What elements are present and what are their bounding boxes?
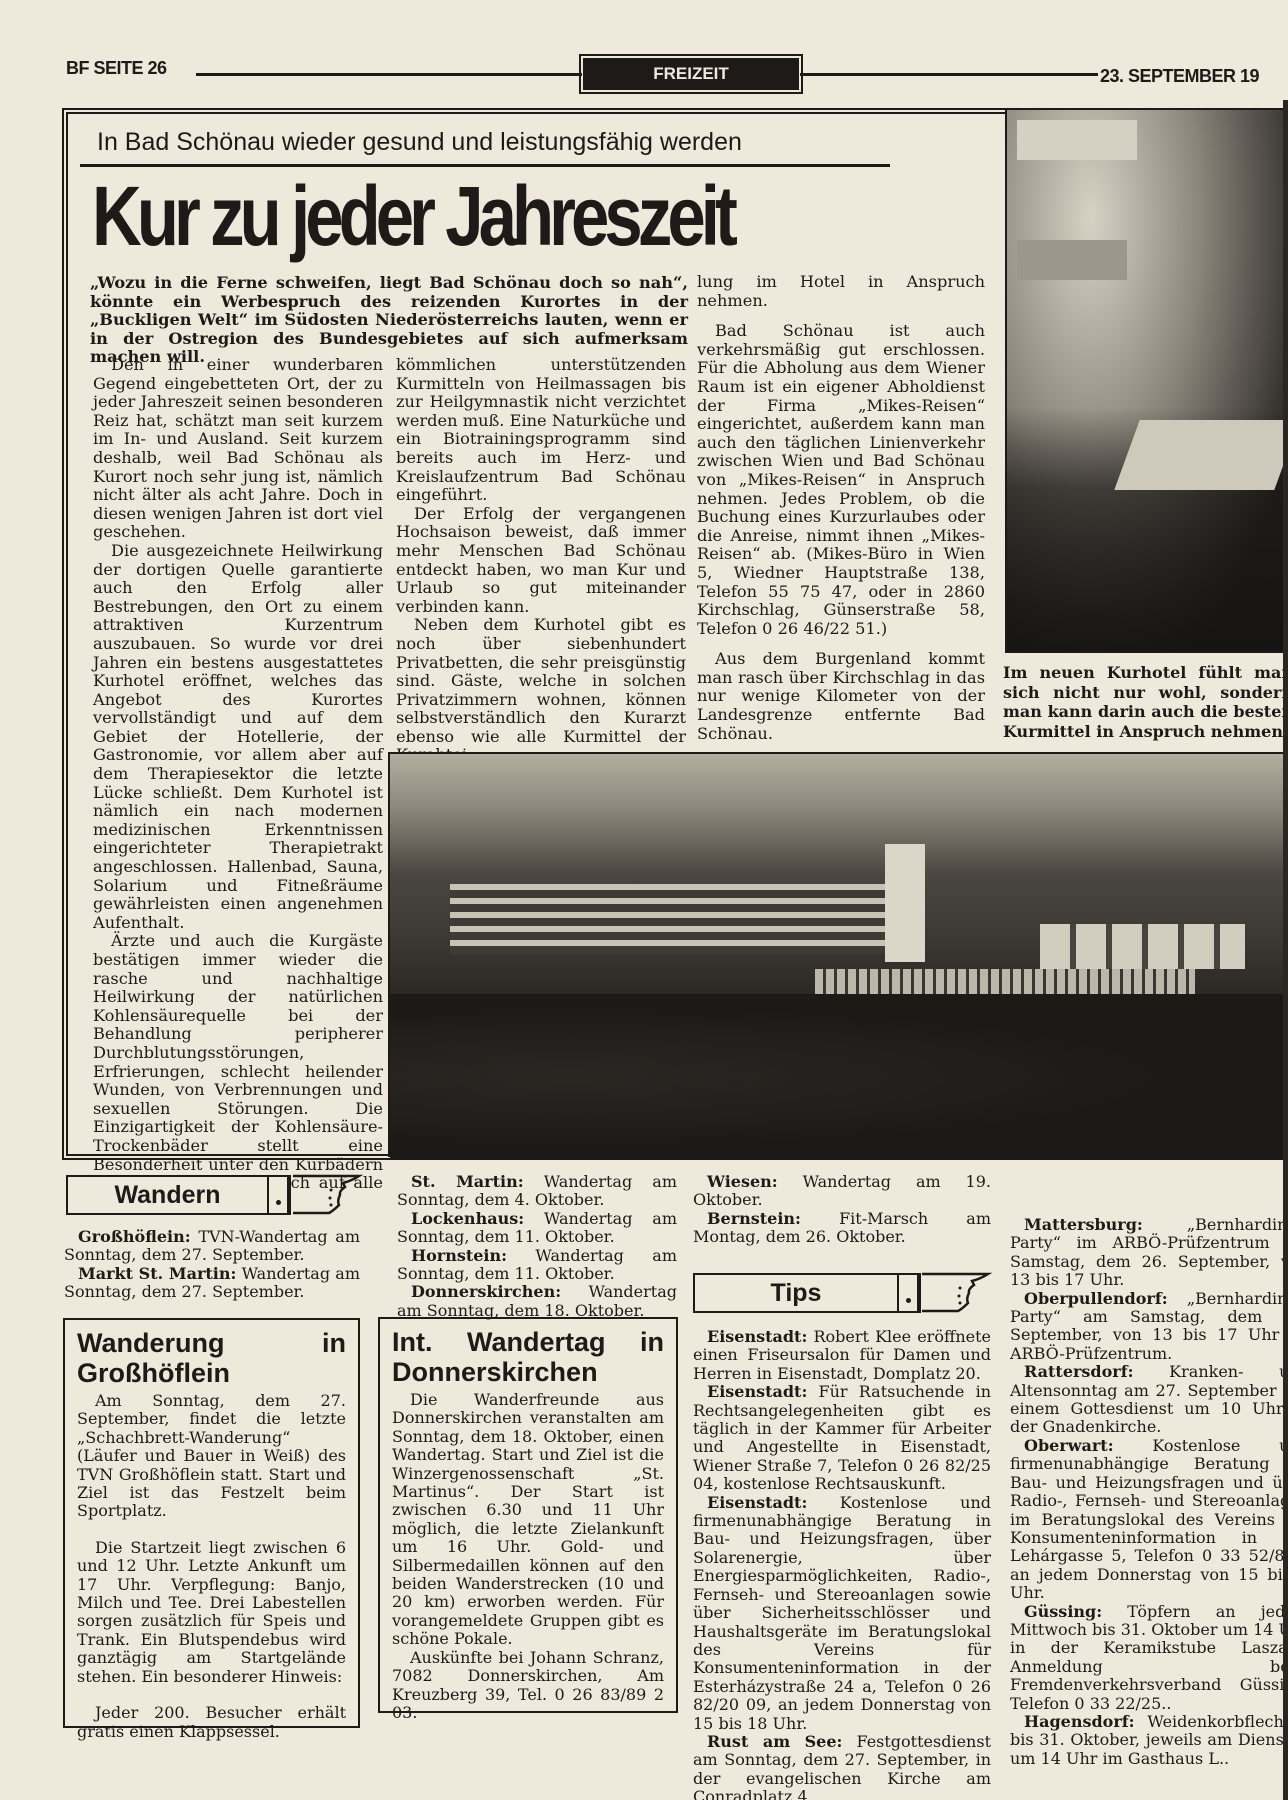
- wandern-list-3: Wiesen: Wandertag am 19. Oktober. Bernst…: [693, 1173, 991, 1247]
- paragraph: Den in einer wunderbaren Gegend eingebet…: [93, 356, 383, 542]
- paragraph: Bad Schönau ist auch verkehrsmäßig gut e…: [697, 322, 985, 638]
- pointing-hand-icon: [922, 1271, 992, 1315]
- list-item: Rattersdorf: Kranken- und Altensonntag a…: [1010, 1363, 1288, 1437]
- page-number: BF SEITE 26: [66, 58, 167, 79]
- page-edge-shadow: [1283, 100, 1288, 1800]
- grosshoeflein-box: Wanderung in Großhöflein Am Sonntag, dem…: [63, 1318, 360, 1728]
- article-column-3: lung im Hotel in Anspruch nehmen. Bad Sc…: [697, 273, 985, 743]
- list-item: Oberpullendorf: „Bernhardiner-Party“ am …: [1010, 1290, 1288, 1364]
- list-item: Lockenhaus: Wandertag am Sonntag, dem 11…: [397, 1210, 677, 1247]
- list-item: St. Martin: Wandertag am Sonntag, dem 4.…: [397, 1173, 677, 1210]
- paragraph: lung im Hotel in Anspruch nehmen.: [697, 273, 985, 310]
- photo-detail: [390, 994, 1286, 1159]
- list-item: Markt St. Martin: Wandertag am Sonntag, …: [64, 1265, 360, 1302]
- list-item: Mattersburg: „Bernhardiner-Party“ im ARB…: [1010, 1216, 1288, 1290]
- paragraph: Der Erfolg der vergangenen Hochsaison be…: [396, 505, 686, 617]
- list-item: Donnerskirchen: Wandertag am Sonntag, de…: [397, 1283, 677, 1320]
- tips-heading: Tips: [693, 1273, 921, 1313]
- paragraph: Ärzte und auch die Kurgäste bestätigen i…: [93, 932, 383, 1211]
- photo-caption: Im neuen Kurhotel fühlt man sich nicht n…: [1003, 663, 1288, 741]
- bullet-icon: [897, 1275, 919, 1311]
- list-item: Oberwart: Kostenlose und firmenunabhängi…: [1010, 1437, 1288, 1603]
- paragraph: Aus dem Burgenland kommt man rasch über …: [697, 650, 985, 743]
- article-column-1: Den in einer wunderbaren Gegend eingebet…: [93, 356, 383, 1211]
- paragraph: kömmlichen unterstützenden Kurmitteln vo…: [396, 356, 686, 505]
- list-item: Hornstein: Wandertag am Sonntag, dem 11.…: [397, 1247, 677, 1284]
- paragraph: Die Startzeit liegt zwischen 6 und 12 Uh…: [77, 1539, 346, 1686]
- header-rule: [196, 73, 582, 76]
- list-item: Wiesen: Wandertag am 19. Oktober.: [693, 1173, 991, 1210]
- wandern-heading: Wandern: [66, 1175, 291, 1215]
- photo-detail: [1017, 120, 1137, 160]
- tips-list-1: Eisenstadt: Robert Klee eröffnete einen …: [693, 1328, 991, 1800]
- article-kicker: In Bad Schönau wieder gesund und leistun…: [97, 128, 742, 157]
- paragraph: Am Sonntag, dem 27. September, findet di…: [77, 1392, 346, 1521]
- tips-list-2: Mattersburg: „Bernhardiner-Party“ im ARB…: [1010, 1216, 1288, 1768]
- list-item: Rust am See: Festgottesdienst am Sonntag…: [693, 1733, 991, 1800]
- wandern-list-2: St. Martin: Wandertag am Sonntag, dem 4.…: [397, 1173, 677, 1320]
- paragraph: Jeder 200. Besucher erhält gratis einen …: [77, 1704, 346, 1741]
- kurhotel-photo: [388, 752, 1288, 1157]
- pointing-hand-icon: [293, 1173, 363, 1217]
- photo-detail: [885, 844, 925, 962]
- lobby-photo: [1005, 108, 1288, 653]
- paragraph: Auskünfte bei Johann Schranz, 7082 Donne…: [392, 1649, 664, 1723]
- photo-detail: [450, 884, 885, 954]
- header-rule: [800, 73, 1098, 76]
- article-headline: Kur zu jeder Jahreszeit: [92, 170, 733, 262]
- list-item: Großhöflein: TVN-Wandertag am Sonntag, d…: [64, 1228, 360, 1265]
- list-item: Güssing: Töpfern an jedem Mittwoch bis 3…: [1010, 1603, 1288, 1713]
- kicker-rule: [80, 164, 890, 167]
- paragraph: Die Wanderfreunde aus Donnerskirchen ver…: [392, 1391, 664, 1649]
- tips-title: Tips: [695, 1275, 897, 1311]
- wandern-title: Wandern: [68, 1177, 267, 1213]
- section-label: FREIZEIT: [583, 58, 799, 90]
- photo-detail: [1114, 420, 1288, 490]
- article-column-2: kömmlichen unterstützenden Kurmitteln vo…: [396, 356, 686, 765]
- box-title: Int. Wandertag in Donnerskirchen: [392, 1327, 664, 1387]
- box-title: Wanderung in Großhöflein: [77, 1328, 346, 1388]
- list-item: Eisenstadt: Robert Klee eröffnete einen …: [693, 1328, 991, 1383]
- photo-detail: [1017, 240, 1127, 280]
- paragraph: Neben dem Kurhotel gibt es noch über sie…: [396, 616, 686, 765]
- article-lead: „Wozu in die Ferne schweifen, liegt Bad …: [90, 274, 688, 367]
- issue-date: 23. SEPTEMBER 19: [1100, 66, 1259, 87]
- list-item: Hagensdorf: Weidenkorbflechten bis 31. O…: [1010, 1713, 1288, 1768]
- list-item: Eisenstadt: Kostenlose und firmenunabhän…: [693, 1494, 991, 1733]
- list-item: Eisenstadt: Für Ratsuchende in Rechtsang…: [693, 1383, 991, 1493]
- bullet-icon: [267, 1177, 289, 1213]
- donnerskirchen-box: Int. Wandertag in Donnerskirchen Die Wan…: [378, 1317, 678, 1713]
- wandern-list-1: Großhöflein: TVN-Wandertag am Sonntag, d…: [64, 1228, 360, 1302]
- photo-detail: [1040, 924, 1245, 969]
- paragraph: Die ausgezeichnete Heilwirkung der dorti…: [93, 542, 383, 932]
- list-item: Bernstein: Fit-Marsch am Montag, dem 26.…: [693, 1210, 991, 1247]
